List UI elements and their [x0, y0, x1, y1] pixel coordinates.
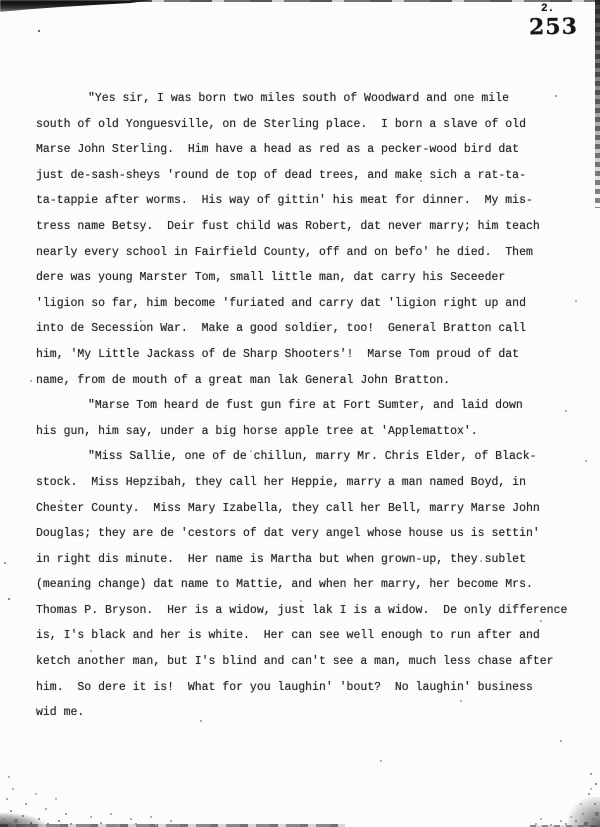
scan-artifact-bottom-right-smudge: [568, 797, 600, 827]
scan-artifact-bottom-right-speckles: [520, 768, 522, 770]
scan-artifact-page-speckles: [0, 0, 2, 2]
text-line: ketch another man, but I's blind and can…: [36, 649, 584, 675]
text-line: "Miss Sallie, one of de chillun, marry M…: [36, 444, 584, 470]
text-line: 'ligion so far, him become 'furiated and…: [36, 291, 584, 317]
scanned-document-page: 2. 253 "Yes sir, I was born two miles so…: [0, 0, 600, 827]
text-line: tress name Betsy. Deir fust child was Ro…: [36, 214, 584, 240]
text-line: nearly every school in Fairfield County,…: [36, 240, 584, 266]
scan-artifact-top-edge: [130, 0, 600, 2]
text-line: wid me.: [36, 700, 584, 726]
text-line: Douglas; they are de 'cestors of dat ver…: [36, 521, 584, 547]
typed-text-block: "Yes sir, I was born two miles south of …: [36, 86, 584, 726]
text-line: into de Secession War. Make a good soldi…: [36, 316, 584, 342]
scan-artifact-right-edge: [595, 0, 600, 208]
text-line: (meaning change) dat name to Mattie, and…: [36, 572, 584, 598]
text-line: dere was young Marster Tom, small little…: [36, 265, 584, 291]
text-line: just de-sash-sheys 'round de top of dead…: [36, 163, 584, 189]
text-line: is, I's black and her is white. Her can …: [36, 623, 584, 649]
stamped-page-number: 253: [529, 14, 578, 41]
text-line: "Marse Tom heard de fust gun fire at For…: [36, 393, 584, 419]
text-line: in right dis minute. Her name is Martha …: [36, 547, 584, 573]
text-line: name, from de mouth of a great man lak G…: [36, 368, 584, 394]
text-line: "Yes sir, I was born two miles south of …: [36, 86, 584, 112]
text-line: Thomas P. Bryson. Her is a widow, just l…: [36, 598, 584, 624]
scan-artifact-bottom-left-speckles: [0, 768, 2, 770]
text-line: south of old Yonguesville, on de Sterlin…: [36, 112, 584, 138]
text-line: him. So dere it is! What for you laughin…: [36, 675, 584, 701]
scan-artifact-bottom-left-smudge: [0, 813, 46, 827]
text-line: Marse John Sterling. Him have a head as …: [36, 137, 584, 163]
text-line: him, 'My Little Jackass of de Sharp Shoo…: [36, 342, 584, 368]
text-line: Chester County. Miss Mary Izabella, they…: [36, 496, 584, 522]
text-line: stock. Miss Hepzibah, they call her Hepp…: [36, 470, 584, 496]
text-line: his gun, him say, under a big horse appl…: [36, 419, 584, 445]
text-line: ta-tappie after worms. His way of gittin…: [36, 188, 584, 214]
